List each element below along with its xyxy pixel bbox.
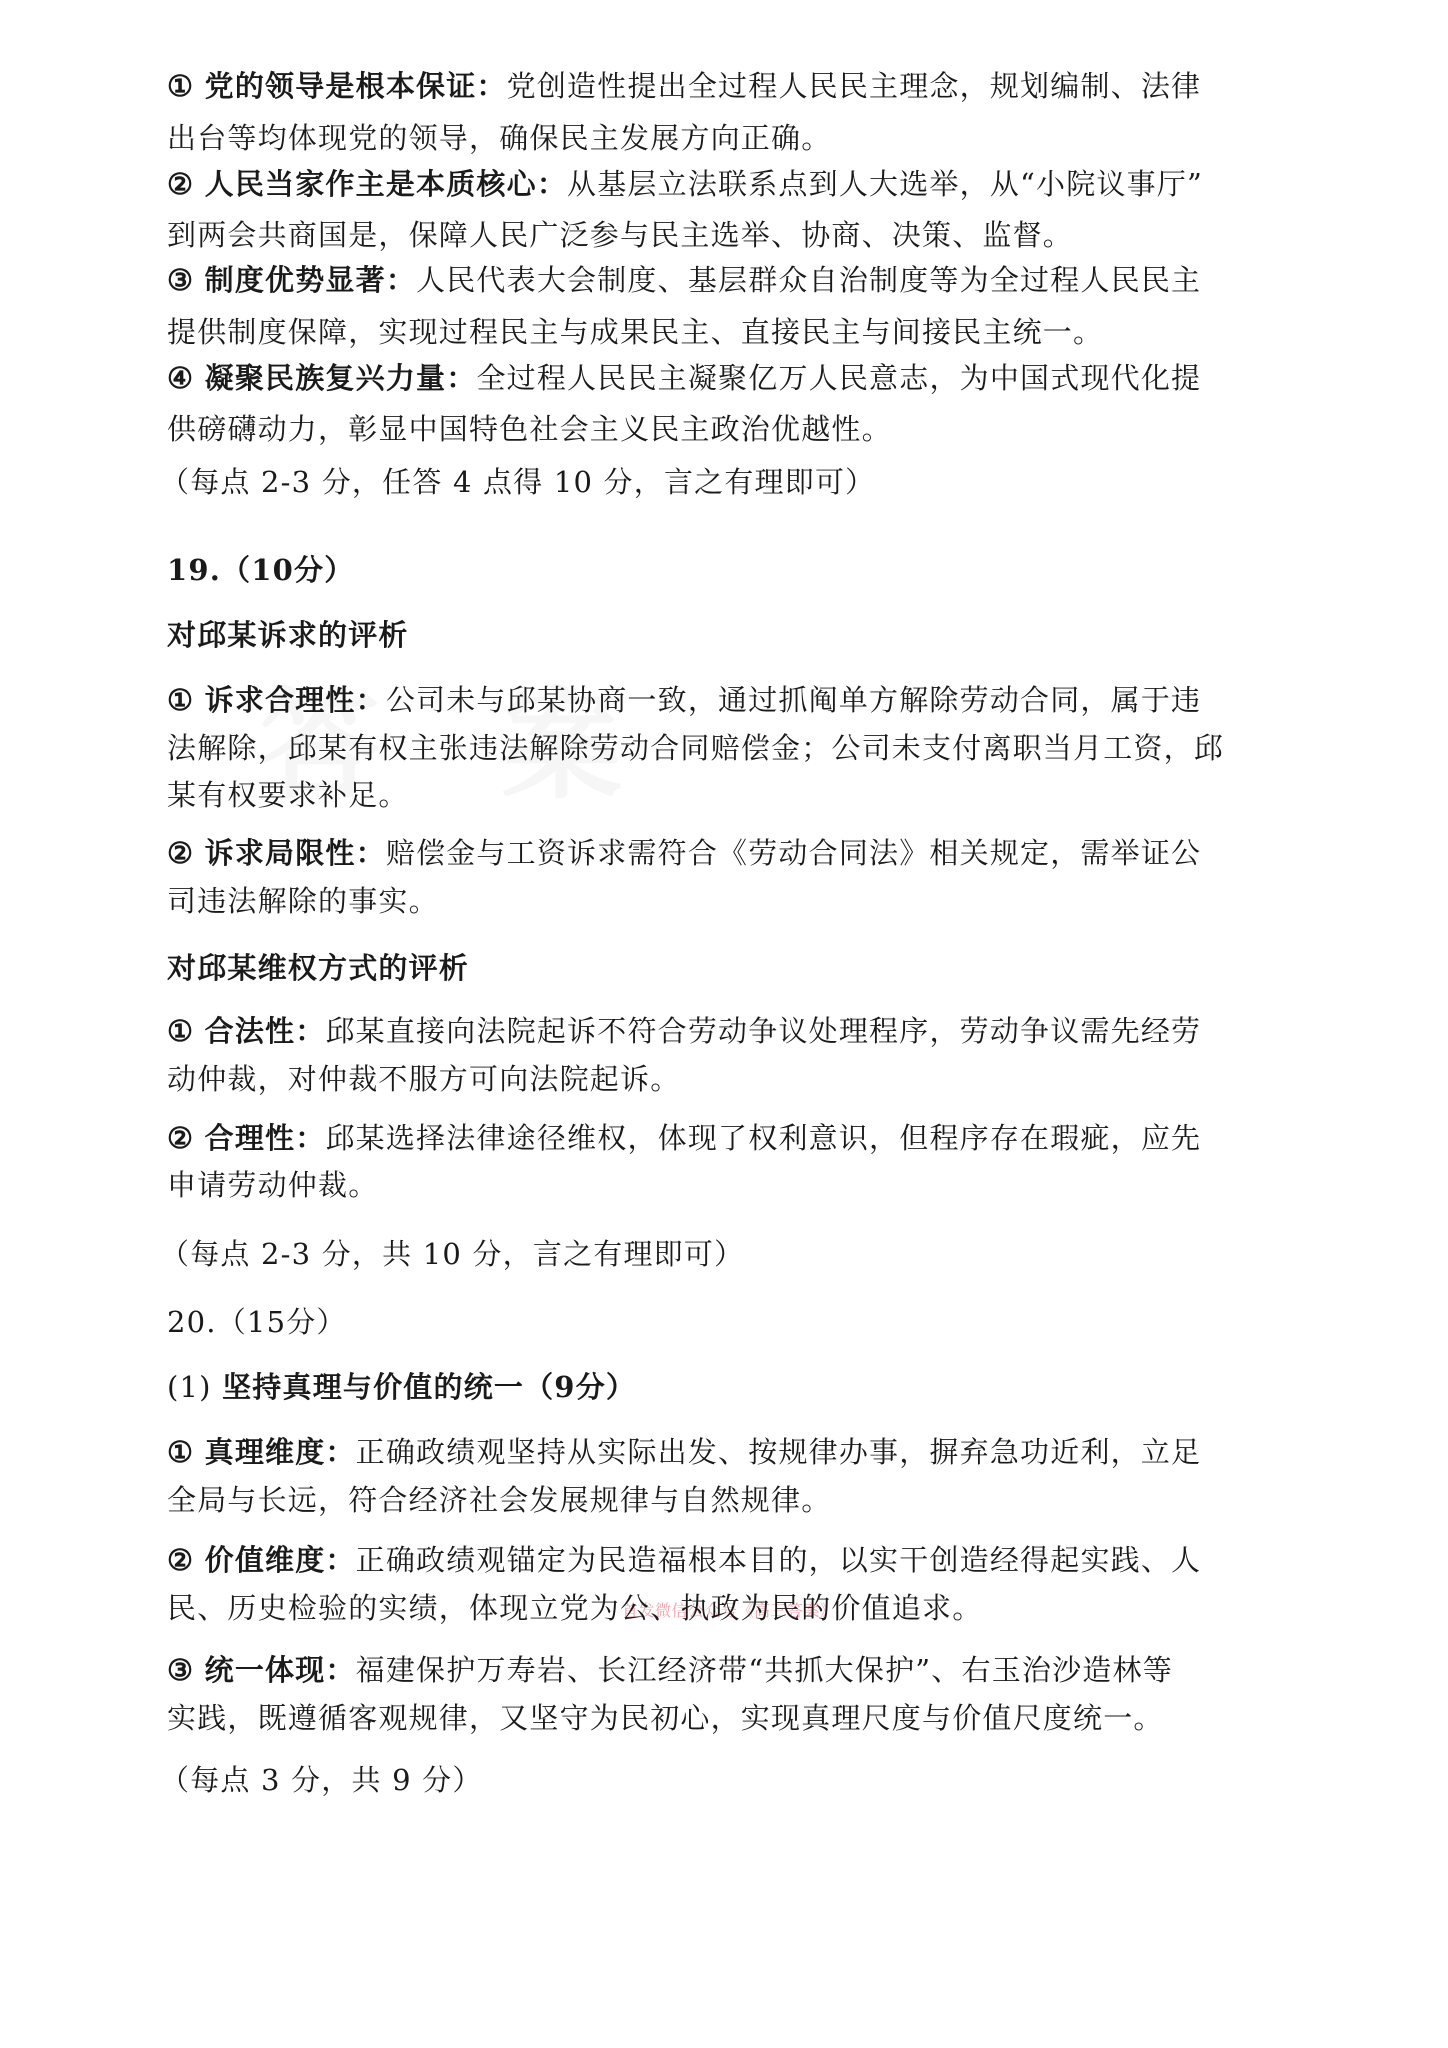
point-18-3-line2: 提供制度保障，实现过程民主与成果民主、直接民主与间接民主统一。	[167, 312, 1287, 352]
q19-sub1-point2-line2: 司违法解除的事实。	[167, 881, 1287, 921]
point-title: 价值维度：	[205, 1543, 356, 1577]
point-18-3-line1: ③ 制度优势显著：人民代表大会制度、基层群众自治制度等为全过程人民民主	[167, 260, 1287, 300]
point-18-4-line1: ④ 凝聚民族复兴力量：全过程人民民主凝聚亿万人民意志，为中国式现代化提	[167, 358, 1287, 398]
point-title: 诉求合理性：	[205, 683, 386, 717]
q19-sub1-point2-line1: ② 诉求局限性：赔偿金与工资诉求需符合《劳动合同法》相关规定，需举证公	[167, 833, 1287, 873]
document-page: 答 案 ① 党的领导是根本保证：党创造性提出全过程人民民主理念，规划编制、法律 …	[0, 0, 1448, 2048]
point-18-2-line2: 到两会共商国是，保障人民广泛参与民主选举、协商、决策、监督。	[167, 215, 1287, 255]
point-18-1-line1: ① 党的领导是根本保证：党创造性提出全过程人民民主理念，规划编制、法律	[167, 66, 1287, 106]
q20-part1-title: (1) 坚持真理与价值的统一（9分）	[167, 1367, 1287, 1407]
q19-sub1-point1-line2: 法解除，邱某有权主张违法解除劳动合同赔偿金；公司未支付离职当月工资，邱	[167, 728, 1287, 768]
point-18-1-line2: 出台等均体现党的领导，确保民主发展方向正确。	[167, 118, 1287, 158]
q19-sub1-point1-line1: ① 诉求合理性：公司未与邱某协商一致，通过抓阄单方解除劳动合同，属于违	[167, 680, 1287, 720]
q20-heading: 20.（15分）	[167, 1302, 1287, 1342]
q20-point3-line2: 实践，既遵循客观规律，又坚守为民初心，实现真理尺度与价值尺度统一。	[167, 1698, 1287, 1738]
point-title: 人民当家作主是本质核心：	[205, 167, 567, 201]
scoring-note-20-1: （每点 3 分，共 9 分）	[160, 1760, 1280, 1800]
point-18-2-line1: ② 人民当家作主是本质核心：从基层立法联系点到人大选举，从“小院议事厅”	[167, 164, 1287, 204]
q19-sub2-point2-line1: ② 合理性：邱某选择法律途径维权，体现了权利意识，但程序存在瑕疵，应先	[167, 1118, 1287, 1158]
point-title: 诉求局限性：	[205, 836, 386, 870]
point-title: 真理维度：	[205, 1435, 356, 1469]
q20-point2-line1: ② 价值维度：正确政绩观锚定为民造福根本目的，以实干创造经得起实践、人	[167, 1540, 1287, 1580]
q19-sub2-title: 对邱某维权方式的评析	[167, 948, 1287, 988]
q19-sub2-point2-line2: 申请劳动仲裁。	[167, 1165, 1287, 1205]
point-title: 制度优势显著：	[205, 263, 416, 297]
q20-point1-line2: 全局与长远，符合经济社会发展规律与自然规律。	[167, 1480, 1287, 1520]
point-title: 合法性：	[205, 1014, 326, 1048]
point-title: 统一体现：	[205, 1653, 356, 1687]
q20-point1-line1: ① 真理维度：正确政绩观坚持从实际出发、按规律办事，摒弃急功近利，立足	[167, 1432, 1287, 1472]
q19-sub1-title: 对邱某诉求的评析	[167, 615, 1287, 655]
scoring-note-18: （每点 2-3 分，任答 4 点得 10 分，言之有理即可）	[160, 462, 1280, 502]
point-title: 合理性：	[205, 1121, 326, 1155]
scoring-note-19: （每点 2-3 分，共 10 分，言之有理即可）	[160, 1234, 1280, 1274]
q19-sub1-point1-line3: 某有权要求补足。	[167, 775, 1287, 815]
q19-sub2-point1-line1: ① 合法性：邱某直接向法院起诉不符合劳动争议处理程序，劳动争议需先经劳	[167, 1011, 1287, 1051]
point-title: 凝聚民族复兴力量：	[205, 361, 477, 395]
point-18-4-line2: 供磅礴动力，彰显中国特色社会主义民主政治优越性。	[167, 409, 1287, 449]
q19-sub2-point1-line2: 动仲裁，对仲裁不服方可向法院起诉。	[167, 1059, 1287, 1099]
q20-point3-line1: ③ 统一体现：福建保护万寿岩、长江经济带“共抓大保护”、右玉治沙造林等	[167, 1650, 1287, 1690]
q19-heading: 19.（10分）	[167, 550, 1287, 590]
q20-point2-line2: 民、历史检验的实绩，体现立党为公、执政为民的价值追求。	[167, 1588, 1287, 1628]
point-title: 党的领导是根本保证：	[205, 69, 507, 103]
